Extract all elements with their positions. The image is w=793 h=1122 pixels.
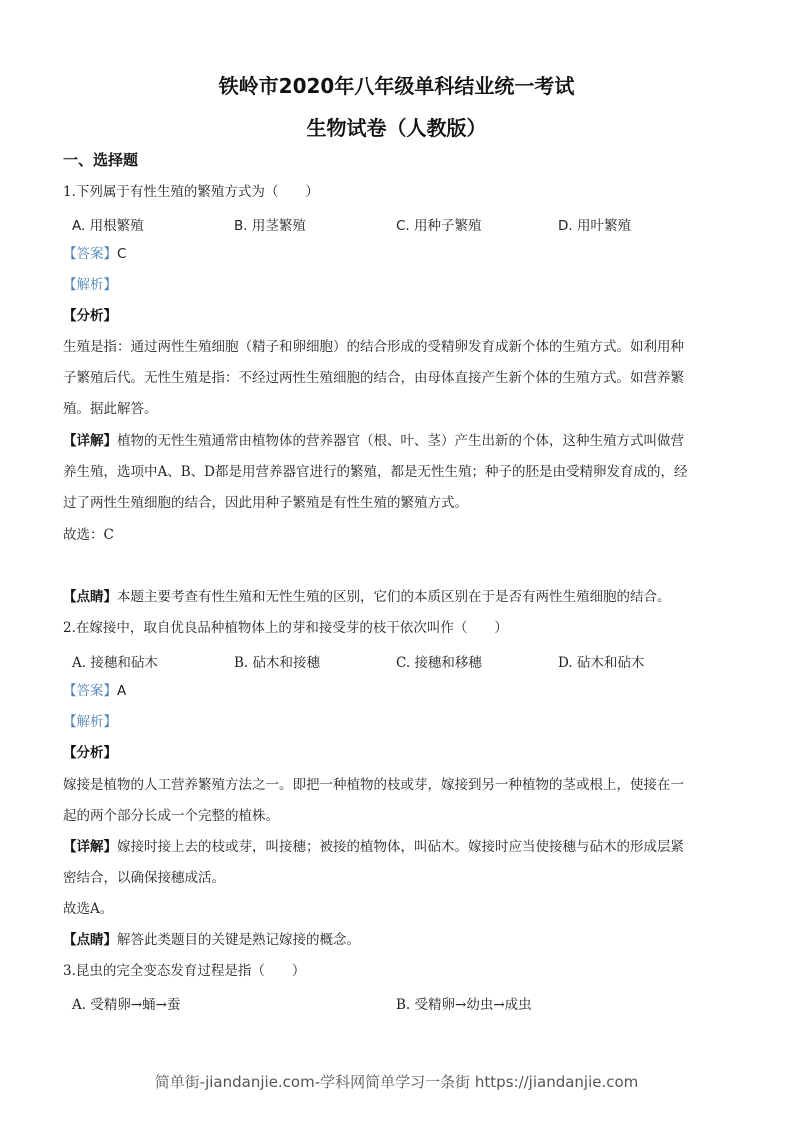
xiangjie-text: 嫁接时接上去的枝或芽，叫接穗；被接的植物体，叫砧木。嫁接时应当使接穗与砧木的形成… [117, 839, 684, 855]
dianjing-tag: 【点睛】 [63, 589, 117, 605]
answer-value: A [117, 683, 126, 699]
question-1-fenxi-line-1: 生殖是指：通过两性生殖细胞（精子和卵细胞）的结合形成的受精卵发育成新个体的生殖方… [63, 338, 684, 356]
question-1-option-d: D. 用叶繁殖 [558, 214, 631, 234]
xiangjie-tag: 【详解】 [63, 839, 117, 855]
question-1-fenxi-line-2: 子繁殖后代。无性生殖是指：不经过两性生殖细胞的结合，由母体直接产生新个体的生殖方… [63, 369, 684, 387]
question-1-fenxi-line-3: 殖。据此解答。 [63, 400, 158, 418]
question-1-dianjing: 【点睛】本题主要考查有性生殖和无性生殖的区别，它们的本质区别在于是否有两性生殖细… [63, 588, 671, 606]
question-1-option-a: A. 用根繁殖 [72, 214, 144, 234]
answer-tag: 【答案】 [63, 683, 117, 699]
question-2-xiangjie-line-1: 【详解】嫁接时接上去的枝或芽，叫接穗；被接的植物体，叫砧木。嫁接时应当使接穗与砧… [63, 838, 684, 856]
question-1-fenxi-tag: 【分析】 [63, 307, 117, 325]
question-2-xiangjie-line-2: 密结合，以确保接穗成活。 [63, 869, 225, 887]
question-2-fenxi-tag: 【分析】 [63, 744, 117, 762]
answer-tag: 【答案】 [63, 246, 117, 262]
question-2-option-d: D. 砧木和砧木 [558, 651, 644, 671]
question-2-option-a: A. 接穗和砧木 [72, 651, 158, 671]
question-3-stem: 3.昆虫的完全变态发育过程是指（ ） [63, 962, 305, 980]
question-1-option-b: B. 用茎繁殖 [234, 214, 306, 234]
question-3-option-a: A. 受精卵→蛹→蚕 [72, 993, 180, 1013]
question-1-xiangjie-line-3: 过了两性生殖细胞的结合，因此用种子繁殖是有性生殖的繁殖方式。 [63, 494, 468, 512]
question-2-option-b: B. 砧木和接穗 [234, 651, 320, 671]
question-2-analysis-tag: 【解析】 [63, 713, 117, 731]
section-heading: 一、选择题 [63, 151, 138, 169]
footer-watermark: 简单街-jiandanjie.com-学科网简单学习一条街 https://ji… [0, 1071, 793, 1092]
question-1-xiangjie-line-1: 【详解】植物的无性生殖通常由植物体的营养器官（根、叶、茎）产生出新的个体，这种生… [63, 432, 684, 450]
question-1-xiangjie-line-2: 养生殖，选项中A、B、D都是用营养器官进行的繁殖，都是无性生殖；种子的胚是由受精… [63, 463, 688, 481]
answer-value: C [117, 246, 126, 262]
dianjing-tag: 【点睛】 [63, 932, 117, 948]
question-2-dianjing: 【点睛】解答此类题目的关键是熟记嫁接的概念。 [63, 931, 360, 949]
question-1-choice: 故选：C [63, 526, 114, 544]
question-2-fenxi-line-2: 起的两个部分长成一个完整的植株。 [63, 807, 279, 825]
xiangjie-text: 植物的无性生殖通常由植物体的营养器官（根、叶、茎）产生出新的个体，这种生殖方式叫… [117, 433, 684, 449]
dianjing-text: 本题主要考查有性生殖和无性生殖的区别，它们的本质区别在于是否有两性生殖细胞的结合… [117, 589, 671, 605]
document-page: 铁岭市2020年八年级单科结业统一考试 生物试卷（人教版） 一、选择题 1.下列… [0, 0, 793, 1122]
question-2-answer: 【答案】A [63, 682, 126, 700]
document-title: 铁岭市2020年八年级单科结业统一考试 [0, 70, 793, 99]
question-2-choice: 故选A。 [63, 900, 113, 918]
question-1-option-c: C. 用种子繁殖 [396, 214, 482, 234]
xiangjie-tag: 【详解】 [63, 433, 117, 449]
dianjing-text: 解答此类题目的关键是熟记嫁接的概念。 [117, 932, 360, 948]
question-2-fenxi-line-1: 嫁接是植物的人工营养繁殖方法之一。即把一种植物的枝或芽，嫁接到另一种植物的茎或根… [63, 776, 684, 794]
question-3-option-b: B. 受精卵→幼虫→成虫 [396, 993, 532, 1013]
question-2-option-c: C. 接穗和移穗 [396, 651, 482, 671]
question-1-analysis-tag: 【解析】 [63, 276, 117, 294]
document-subtitle: 生物试卷（人教版） [0, 112, 793, 141]
question-1-answer: 【答案】C [63, 245, 126, 263]
question-2-stem: 2.在嫁接中，取自优良品种植物体上的芽和接受芽的枝干依次叫作（ ） [63, 619, 508, 637]
question-1-stem: 1.下列属于有性生殖的繁殖方式为（ ） [63, 183, 319, 201]
